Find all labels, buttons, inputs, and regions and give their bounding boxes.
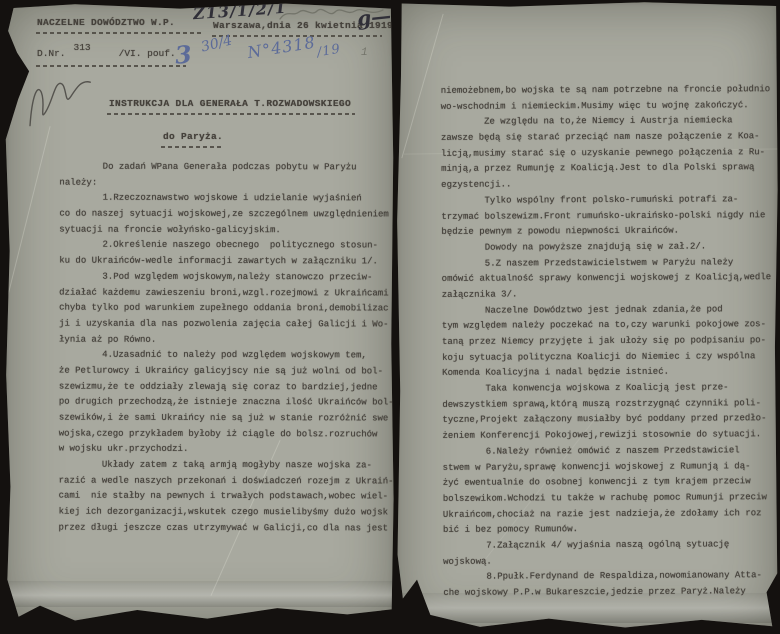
dashed-rule — [107, 113, 355, 115]
text-line: wojska,czego przykładem byłoby iż ciągle… — [59, 426, 394, 443]
text-line: koju sytuacja polityczna Koalicji do Nie… — [442, 349, 772, 366]
reference-line: D.Nr.313/VI. pouf. — [37, 48, 176, 59]
text-line: Ze względu na to,że Niemcy i Austrja nie… — [441, 114, 771, 131]
text-line: należy: — [59, 175, 394, 192]
right-page: niemożebnem,bo wojska te są nam potrzebn… — [396, 1, 778, 630]
blue-number-large: 3 — [174, 39, 193, 69]
typed-text-block-left: Do zadań WPana Generała podczas pobytu w… — [59, 160, 395, 537]
scanned-document-view: { "document_kind": "scanned typewritten … — [0, 0, 780, 634]
text-line: bić i bez pomocy Rumunów. — [443, 521, 773, 538]
text-line: że Petlurowcy i Ukraińcy galicyjscy nie … — [59, 363, 394, 380]
text-line: Dowody na powyższe znajdują się w zał.2/… — [441, 239, 771, 256]
text-line: będzie pewnym z powodu niepwności Ukraiń… — [441, 223, 771, 240]
text-line: Ukraińcom,chociaż na razie jest nadzieja… — [443, 506, 773, 523]
text-line: wo-wschodnim i niemieckim.Musimy więc tu… — [441, 98, 771, 115]
text-line: działać każdemu zawieszeniu broni,wzgl.r… — [59, 285, 394, 302]
text-line: Naczelne Dowództwo jest jednak zdania,że… — [442, 302, 772, 319]
text-line: Komenda Koalicyjna i nadal będzie istnie… — [442, 365, 772, 382]
text-line: tyczne,Projekt załączony musiałby być po… — [442, 412, 772, 429]
text-line: kiej ich dezorganizacji,wskutek czego mu… — [59, 505, 394, 522]
text-line: 1.Rzeczoznawstwo wojskowe i udzielanie w… — [59, 191, 394, 208]
text-line: stwem w Paryżu,sprawę konwencji wojskowe… — [443, 459, 773, 476]
text-line: minją,a przez Rumunję z Koalicją.Jest to… — [441, 161, 771, 178]
text-line: 5.Z naszem Przedstawicielstwem w Paryżu … — [442, 255, 772, 272]
text-line: ku do Ukraińców-wedle informacji zawarty… — [59, 254, 394, 271]
text-line: co do naszej sytuacji wojskowej,ze szcze… — [59, 207, 394, 224]
text-line: licją,musimy starać się o uzyskanie pewn… — [441, 145, 771, 162]
text-line: 2.Określenie naszego obecnego polityczne… — [59, 238, 394, 255]
text-line: omówić aktualność sprawy konwencji wojsk… — [442, 270, 772, 287]
document-title: INSTRUKCJA DLA GENERAŁA T.ROZWADOWSKIEGO — [109, 98, 351, 109]
text-line: zawsze będą się starać przeciąć nam nasz… — [441, 129, 771, 146]
text-line: wojskową. — [443, 553, 773, 570]
dashed-rule — [36, 32, 204, 34]
blue-ref-main: N°4318 — [246, 33, 317, 63]
blue-reference-number: N°4318/19 — [246, 29, 340, 62]
text-line: szewizmu,że te oddziały zlewają się cora… — [59, 379, 394, 396]
document-subtitle: do Paryża. — [163, 131, 223, 142]
blue-date: 30/4 — [200, 32, 234, 55]
crease-line — [401, 14, 443, 158]
text-line: 4.Uzasadnić to należy pod względem wojsk… — [59, 348, 394, 365]
text-line: przez długi jeszcze czas utrzymywać w Ga… — [59, 520, 394, 537]
text-line: taną przez Niemcy przyjęte i jak ułoży s… — [442, 333, 772, 350]
text-line: 7.Załącznik 4/ wyjaśnia naszą ogólną syt… — [443, 537, 773, 554]
check-mark-handwritten: 1 — [361, 47, 368, 59]
crease-line — [0, 126, 51, 340]
ref-prefix: D.Nr. — [37, 48, 66, 59]
corner-mark-handwritten: g— — [356, 3, 392, 30]
text-line: 8.Ppułk.Ferdynand de Respaldiza,nowomian… — [443, 568, 773, 585]
text-line: bolszewikom.Wchodzi tu także w rachubę p… — [443, 490, 773, 507]
text-line: 6.Należy również omówić z naszem Przedst… — [443, 443, 773, 460]
text-line: Taka konwencja wojskowa z Koalicją jest … — [442, 380, 772, 397]
left-page: NACZELNE DOWÓDZTWO W.P. Warszawa,dnia 26… — [5, 3, 394, 623]
text-line: Układy zatem z taką armją mogłyby nasze … — [59, 458, 394, 475]
text-line: cami nie stałby na pewnych i trwałych po… — [59, 489, 394, 506]
text-line: łynia aż po Równo. — [59, 332, 394, 349]
ref-number: 313 — [74, 42, 91, 53]
text-line: che wojskowy P.P.w Bukareszcie,jedzie pr… — [443, 584, 773, 601]
dashed-rule — [36, 65, 186, 67]
text-line: ji i uzyskania dla nas pozwolenia zajęci… — [59, 316, 394, 333]
blue-ref-year: /19 — [316, 42, 342, 61]
text-line: chyba tylko pod warunkiem zupełnego odda… — [59, 301, 394, 318]
org-header: NACZELNE DOWÓDZTWO W.P. — [37, 17, 175, 28]
text-line: niemożebnem,bo wojska te są nam potrzebn… — [441, 82, 771, 99]
text-line: po drugich przechodzą,że istnieje znaczn… — [59, 395, 394, 412]
text-line: Tylko wspólny front polsko-rumuński potr… — [441, 192, 771, 209]
text-line: Do zadań WPana Generała podczas pobytu w… — [59, 160, 394, 177]
text-line: egzystencji.. — [441, 176, 771, 193]
text-line: sytuacji na froncie wołyńsko-galicyjskim… — [59, 222, 394, 239]
text-line: żyć ewentualnie do osobnej konwencji z t… — [443, 474, 773, 491]
text-line: żeniem Konferencji Pokojowej,rewizji sto… — [442, 427, 772, 444]
text-line: trzymać bolszewizm.Front rumuńsko-ukraiń… — [441, 208, 771, 225]
text-line: w wojsku ukr.przychodzi. — [59, 442, 394, 459]
ref-suffix: /VI. pouf. — [119, 48, 176, 59]
text-line: 3.Pod względem wojskowym,należy stanowcz… — [59, 269, 394, 286]
text-line: razić a wedle naszych przekonań i doświa… — [59, 473, 394, 490]
text-line: tym względem należy poczekać na to,czy w… — [442, 317, 772, 334]
text-line: szewików,i że sami Ukraińcy nie są już w… — [59, 411, 394, 428]
text-line: dewszystkiem sprawą,którą muszą rozstrzy… — [442, 396, 772, 413]
typed-text-block-right: niemożebnem,bo wojska te są nam potrzebn… — [441, 82, 773, 601]
margin-signature-scribble — [14, 63, 104, 133]
text-line: załącznika 3/. — [442, 286, 772, 303]
dashed-rule — [161, 146, 223, 148]
fold-band — [5, 581, 394, 607]
